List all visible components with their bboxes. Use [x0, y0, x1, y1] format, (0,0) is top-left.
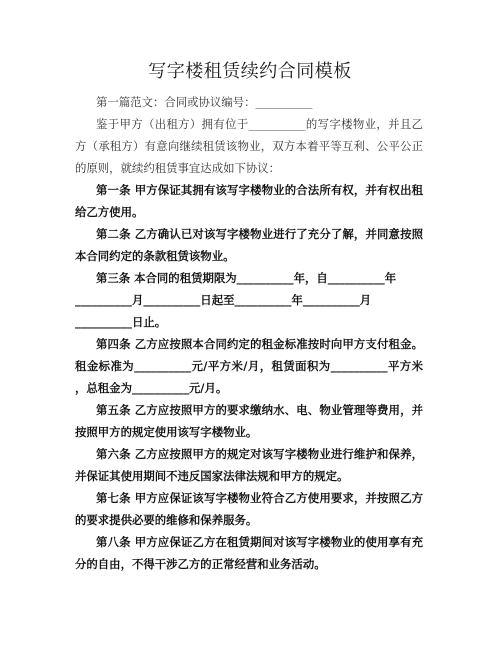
article-line: __________月__________日起至__________年_____…: [75, 289, 423, 311]
preamble-line: 方（承租方）有意向继续租赁该物业，双方本着平等互利、公平公正: [75, 135, 423, 157]
article-1: 第一条 甲方保证其拥有该写字楼物业的合法所有权，并有权出租 给乙方使用。: [75, 179, 423, 223]
article-line: 第五条 乙方应按照甲方的要求缴纳水、电、物业管理等费用，并: [75, 399, 423, 421]
article-line: 并保证其使用期间不违反国家法律法规和甲方的规定。: [75, 465, 423, 487]
preamble-line: 鉴于甲方（出租方）拥有位于__________的写字楼物业，并且乙: [75, 113, 423, 135]
article-line: 第一条 甲方保证其拥有该写字楼物业的合法所有权，并有权出租: [75, 179, 423, 201]
preamble-paragraph: 鉴于甲方（出租方）拥有位于__________的写字楼物业，并且乙 方（承租方）…: [75, 113, 423, 179]
article-6: 第六条 乙方应按照甲方的规定对该写字楼物业进行维护和保养， 并保证其使用期间不违…: [75, 443, 423, 487]
article-line: 第八条 甲方应保证乙方在租赁期间对该写字楼物业的使用享有充: [75, 531, 423, 553]
article-line: 分的自由，不得干涉乙方的正常经营和业务活动。: [75, 553, 423, 575]
preamble-line: 的原则，就续约租赁事宜达成如下协议：: [75, 157, 423, 179]
article-8: 第八条 甲方应保证乙方在租赁期间对该写字楼物业的使用享有充 分的自由，不得干涉乙…: [75, 531, 423, 575]
article-5: 第五条 乙方应按照甲方的要求缴纳水、电、物业管理等费用，并 按照甲方的规定使用该…: [75, 399, 423, 443]
document-title: 写字楼租赁续约合同模板: [0, 60, 500, 84]
article-line: 第三条 本合同的租赁期限为__________年，自__________年: [75, 267, 423, 289]
article-line: 本合同约定的条款租赁该物业。: [75, 245, 423, 267]
article-4: 第四条 乙方应按照本合同约定的租金标准按时向甲方支付租金。 租金标准为_____…: [75, 333, 423, 399]
article-3: 第三条 本合同的租赁期限为__________年，自__________年 __…: [75, 267, 423, 333]
contract-number-line: 第一篇范文：合同或协议编号：__________: [75, 91, 423, 113]
article-line: 第二条 乙方确认已对该写字楼物业进行了充分了解，并同意按照: [75, 223, 423, 245]
document-page: 写字楼租赁续约合同模板 第一篇范文：合同或协议编号：__________ 鉴于甲…: [0, 0, 500, 647]
article-line: 第七条 甲方应保证该写字楼物业符合乙方使用要求，并按照乙方: [75, 487, 423, 509]
contract-number-paragraph: 第一篇范文：合同或协议编号：__________: [75, 91, 423, 113]
article-line: ，总租金为__________元/月。: [75, 377, 423, 399]
article-7: 第七条 甲方应保证该写字楼物业符合乙方使用要求，并按照乙方 的要求提供必要的维修…: [75, 487, 423, 531]
article-2: 第二条 乙方确认已对该写字楼物业进行了充分了解，并同意按照 本合同约定的条款租赁…: [75, 223, 423, 267]
document-body: 第一篇范文：合同或协议编号：__________ 鉴于甲方（出租方）拥有位于__…: [75, 91, 423, 575]
article-line: __________日止。: [75, 311, 423, 333]
article-line: 给乙方使用。: [75, 201, 423, 223]
article-line: 的要求提供必要的维修和保养服务。: [75, 509, 423, 531]
article-line: 第六条 乙方应按照甲方的规定对该写字楼物业进行维护和保养，: [75, 443, 423, 465]
article-line: 租金标准为__________元/平方米/月，租赁面积为__________平方…: [75, 355, 423, 377]
article-line: 第四条 乙方应按照本合同约定的租金标准按时向甲方支付租金。: [75, 333, 423, 355]
article-line: 按照甲方的规定使用该写字楼物业。: [75, 421, 423, 443]
